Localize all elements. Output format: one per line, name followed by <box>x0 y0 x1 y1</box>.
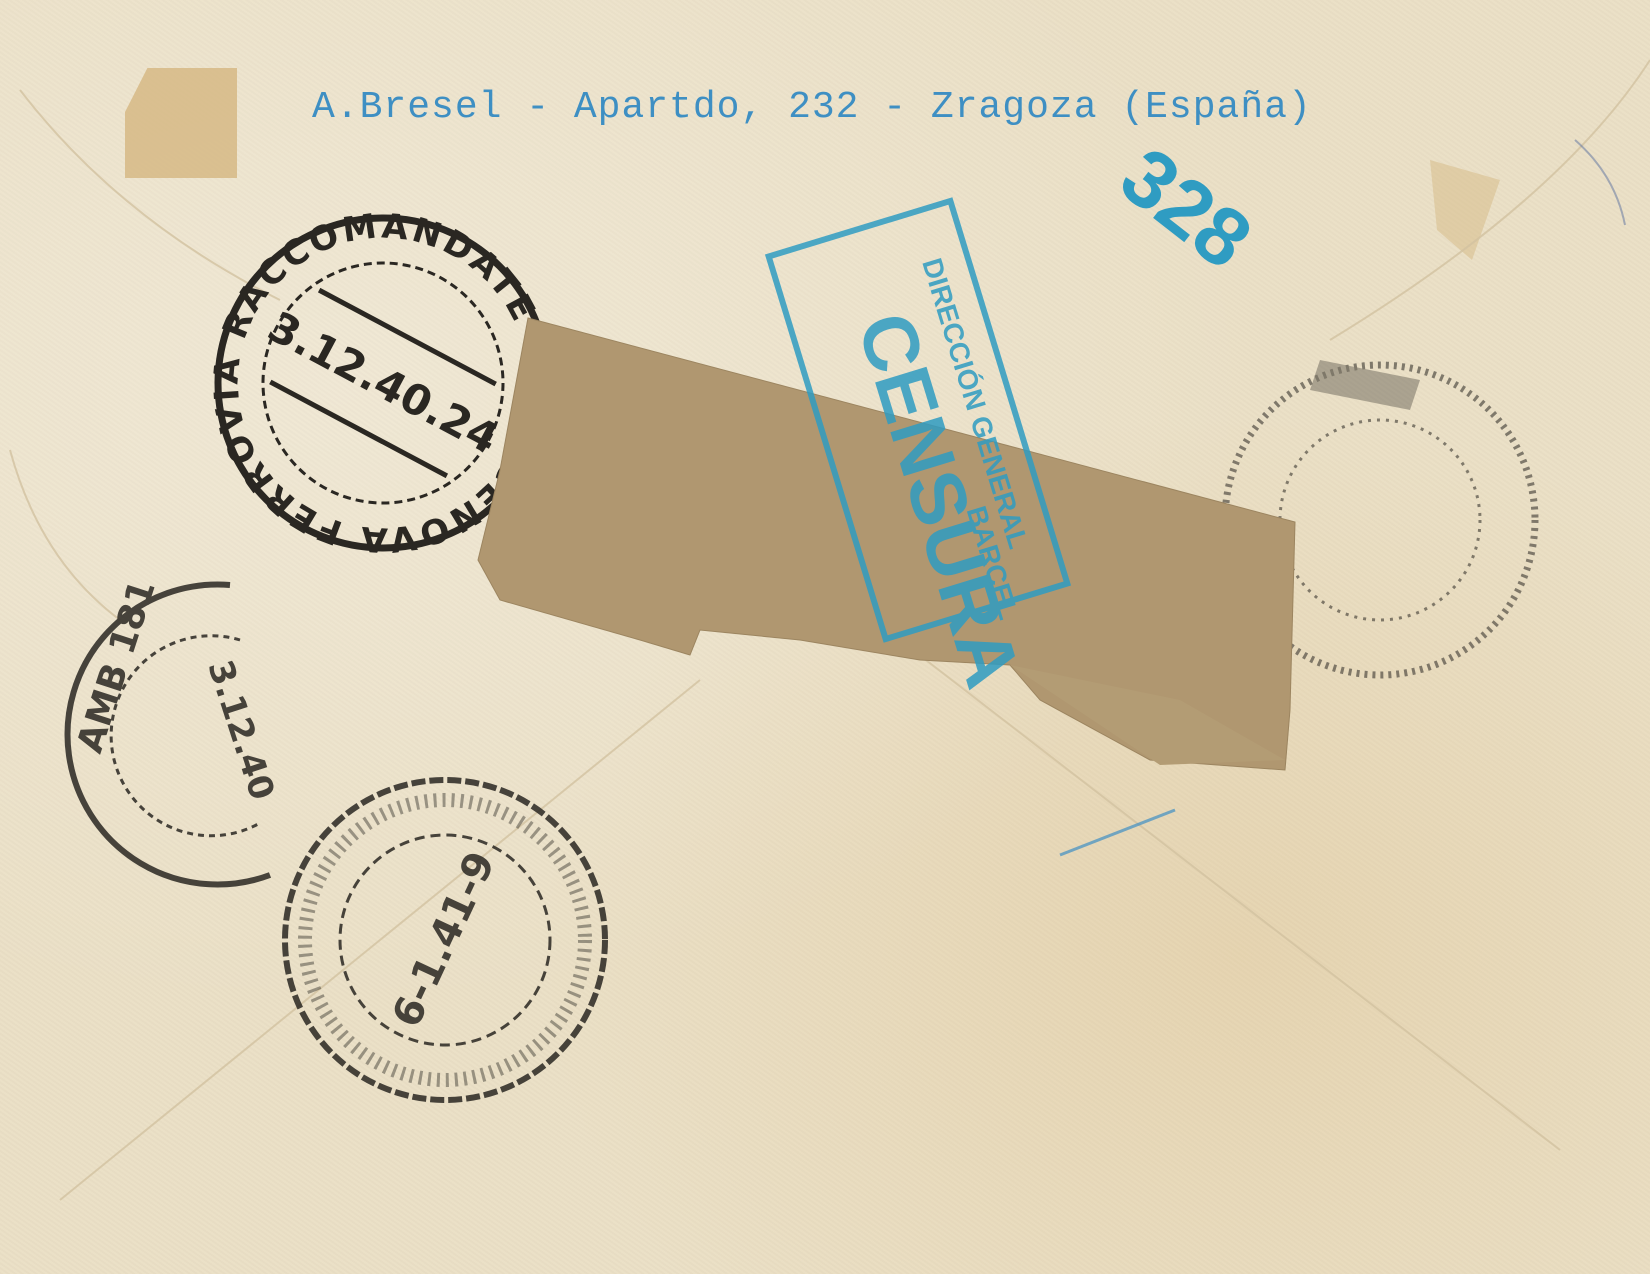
envelope-back: A.Bresel - Apartdo, 232 - Zragoza (Españ… <box>0 0 1650 1274</box>
postmark-bottom: 6-1.41-9 <box>285 780 605 1100</box>
ink-stroke <box>1060 810 1175 855</box>
censor-number: 328 <box>1104 130 1268 286</box>
ink-stroke <box>1575 140 1625 225</box>
postmark-left-date: 3.12.40 <box>199 655 282 804</box>
envelope-artwork: GENOVA FERROVIA RACCOMANDATE 3.12.40.24 … <box>0 0 1650 1274</box>
postmark-bottom-date: 6-1.41-9 <box>384 845 505 1034</box>
postmark-left: AMB 181 3.12.40 <box>68 575 282 884</box>
